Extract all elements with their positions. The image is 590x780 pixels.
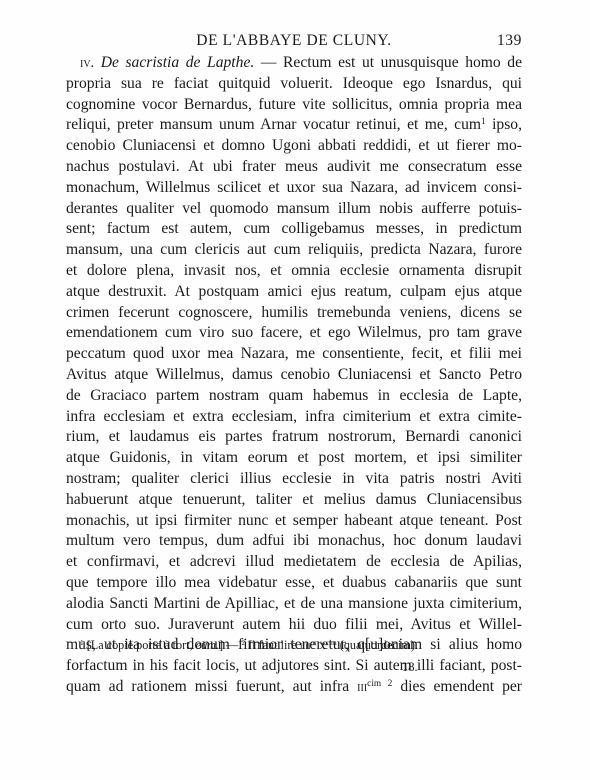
text-line: iv. De sacristia de Lapthe. — Rectum est… [66, 53, 522, 74]
footnotes: 1 [La copie porte à tort, eum.] — 2 Il f… [80, 637, 520, 654]
text-line: habuerunt atque tenuerunt, taliter et me… [66, 490, 522, 511]
text-line: rium, et laudamus eis partes fratrum nos… [66, 427, 522, 448]
charter-text: iv. De sacristia de Lapthe. — Rectum est… [66, 53, 522, 698]
text-line: que tempore illo mea videbatur esse, et … [66, 573, 522, 594]
text-line: propria sua re faciat quitquid voluerit.… [66, 74, 522, 95]
text-line: peccatum quod uxor mea Nazara, me consen… [66, 344, 522, 365]
text-line: quam ad rationem missi fuerunt, aut infr… [66, 677, 522, 698]
section-heading: De sacristia de Lapthe. [101, 54, 255, 71]
text-line: mansum, una cum clericis aut cum reliqui… [66, 240, 522, 261]
running-head-title: DE L'ABBAYE DE CLUNY. [66, 32, 522, 50]
text-line: cenobio Cluniacensi et domno Ugoni abbat… [66, 136, 522, 157]
text-line: derantes qualiter vel quomodo mansum ill… [66, 199, 522, 220]
section-number: iv. [80, 55, 94, 71]
text-line: atque destruxit. At postquam amici ejus … [66, 282, 522, 303]
text-line: infra ecclesiam et extra ecclesiam, infr… [66, 407, 522, 428]
text-line: alodia Sancti Martini de Apilliac, et de… [66, 594, 522, 615]
document-page: DE L'ABBAYE DE CLUNY. 139 iv. De sacrist… [0, 0, 590, 780]
running-head: DE L'ABBAYE DE CLUNY. 139 [66, 32, 522, 52]
text-line: et confirmavi, et adcrevi illud medietat… [66, 552, 522, 573]
page-number: 139 [497, 32, 522, 50]
text-line: reliqui, preter mansum unum Arnar vocatu… [66, 115, 522, 136]
text-line: emendationem cum viro suo facere, et ego… [66, 323, 522, 344]
footnote-ref-2: cim 2 [367, 679, 392, 689]
text-line: de Graciaco partem nostram quam habemus … [66, 386, 522, 407]
text-line: cum orto suo. Juraverunt autem hii duo f… [66, 615, 522, 636]
text-line: et dolore plena, invasit nos, et omnia e… [66, 261, 522, 282]
text-line: Avitus atque Willelmus, damus cenobio Cl… [66, 365, 522, 386]
text-line: cognomine vocor Bernardus, future vite s… [66, 95, 522, 116]
text-line: multum vero tempus, dum adfui ibi monach… [66, 531, 522, 552]
text-line: nachus postulavi. At ubi frater meus aud… [66, 157, 522, 178]
text-line: forfactum in his facit locis, ut adjutor… [66, 656, 522, 677]
text-line: monachis, ut ipsi firmiter nunc et sempe… [66, 511, 522, 532]
roman-numeral: iii [357, 679, 367, 695]
text-line: atque Guidonis, in vitam eorum et post m… [66, 448, 522, 469]
gathering-signature: 18. [402, 660, 418, 675]
text-line: monachum, Willelmus scilicet et uxor sua… [66, 178, 522, 199]
text-line: sent; factum est autem, cum colligebamus… [66, 219, 522, 240]
text-line: nostram; qualiter clerici illius ecclesi… [66, 469, 522, 490]
text-line: crimen fecerunt cognoscere, humilis trem… [66, 303, 522, 324]
heading-dash: — [254, 54, 283, 71]
